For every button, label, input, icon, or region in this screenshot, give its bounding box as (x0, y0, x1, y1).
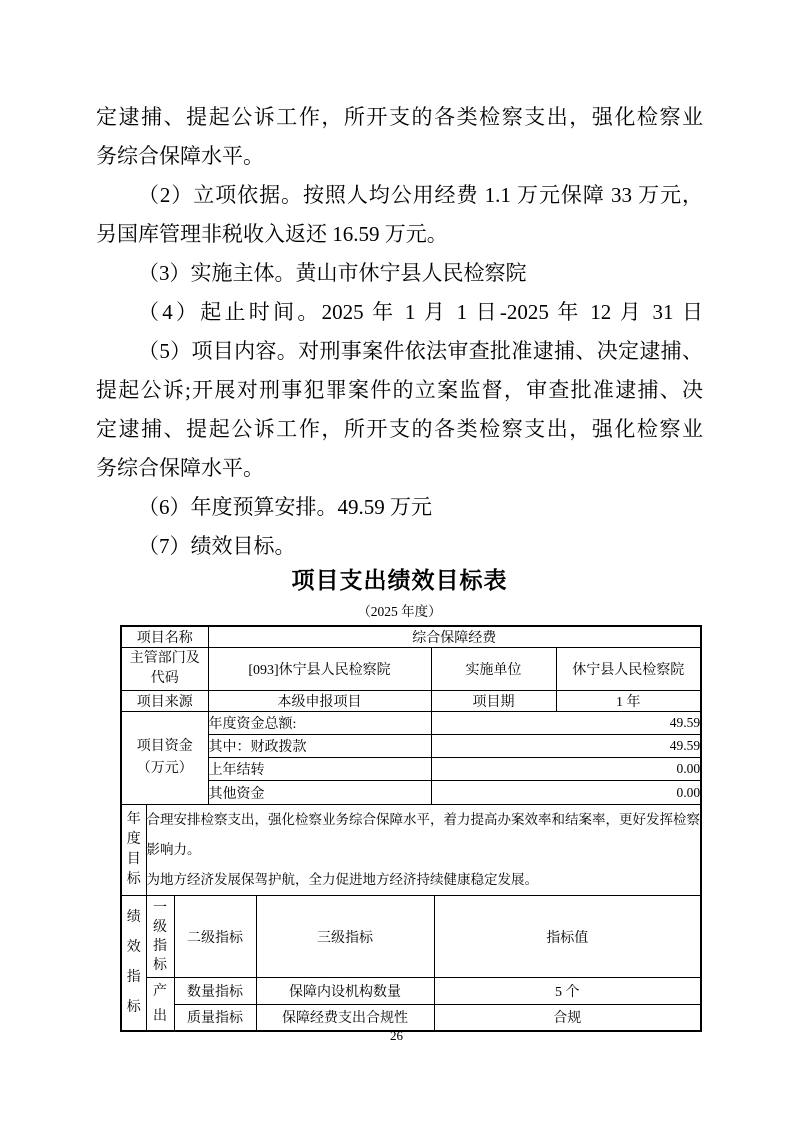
performance-target-table: 项目名称 综合保障经费 主管部门及 代码 [093]休宁县人民检察院 实施单位 … (120, 625, 702, 1032)
body-text: 定逮捕、提起公诉工作，所开支的各类检察支出，强化检察业 务综合保障水平。 （2）… (96, 98, 703, 566)
funds-label: 项目资金 （万元） (121, 712, 208, 805)
body-line: （4）起止时间。2025 年 1 月 1 日-2025 年 12 月 31 日 (96, 293, 703, 332)
impl-unit-value: 休宁县人民检察院 (556, 648, 701, 691)
period-value: 1 年 (556, 691, 701, 712)
body-line: （3）实施主体。黄山市休宁县人民检察院 (96, 254, 703, 293)
period-label: 项目期 (431, 691, 556, 712)
body-line: 定逮捕、提起公诉工作，所开支的各类检察支出，强化检察业 (96, 410, 703, 449)
table-row: 项目资金 （万元） 年度资金总额: 49.59 (121, 712, 701, 735)
impl-unit-label: 实施单位 (431, 648, 556, 691)
table-row: 质量指标 保障经费支出合规性 合规 (121, 1005, 701, 1031)
table-title: 项目支出绩效目标表 (96, 562, 703, 595)
table-row: 上年结转 0.00 (121, 758, 701, 781)
fund-item-label: 其中：财政拨款 (208, 735, 431, 758)
level3-indicator-header: 三级指标 (256, 896, 434, 978)
body-line: （5）项目内容。对刑事案件依法审查批准逮捕、决定逮捕、 (96, 332, 703, 371)
indicator-level2: 质量指标 (174, 1005, 256, 1031)
body-line: 另国库管理非税收入返还 16.59 万元。 (96, 215, 703, 254)
body-line: 务综合保障水平。 (96, 449, 703, 488)
body-line: 务综合保障水平。 (96, 137, 703, 176)
table-row: 项目名称 综合保障经费 (121, 626, 701, 648)
table-row: 项目来源 本级申报项目 项目期 1 年 (121, 691, 701, 712)
fund-item-label: 年度资金总额: (208, 712, 431, 735)
indicator-level2: 数量指标 (174, 978, 256, 1005)
table-row: 其他资金 0.00 (121, 781, 701, 805)
fund-item-value: 49.59 (431, 712, 701, 735)
level1-indicator-header: 一 级 指 标 (146, 896, 174, 978)
indicator-value: 合规 (434, 1005, 701, 1031)
fund-item-value: 0.00 (431, 781, 701, 805)
body-line: 提起公诉;开展对刑事犯罪案件的立案监督，审查批准逮捕、决 (96, 371, 703, 410)
table-row: 产 出 数量指标 保障内设机构数量 5 个 (121, 978, 701, 1005)
table-row: 绩 效 指 标 一 级 指 标 二级指标 三级指标 指标值 (121, 896, 701, 978)
document-page: 定逮捕、提起公诉工作，所开支的各类检察支出，强化检察业 务综合保障水平。 （2）… (0, 0, 793, 1122)
project-name-value: 综合保障经费 (208, 626, 701, 648)
indicator-value-header: 指标值 (434, 896, 701, 978)
dept-value: [093]休宁县人民检察院 (208, 648, 431, 691)
source-value: 本级申报项目 (208, 691, 431, 712)
fund-item-label: 其他资金 (208, 781, 431, 805)
body-line: （7）绩效目标。 (96, 527, 703, 566)
table-subtitle: （2025 年度） (96, 600, 703, 620)
annual-goal-label: 年 度 目 标 (121, 805, 146, 896)
source-label: 项目来源 (121, 691, 208, 712)
page-number: 26 (0, 1028, 793, 1044)
annual-goal-text: 合理安排检察支出，强化检察业务综合保障水平，着力提高办案效率和结案率，更好发挥检… (146, 805, 701, 896)
body-line: （2）立项依据。按照人均公用经费 1.1 万元保障 33 万元， (96, 176, 703, 215)
fund-item-value: 0.00 (431, 758, 701, 781)
level2-indicator-header: 二级指标 (174, 896, 256, 978)
table-row: 主管部门及 代码 [093]休宁县人民检察院 实施单位 休宁县人民检察院 (121, 648, 701, 691)
project-name-label: 项目名称 (121, 626, 208, 648)
output-label: 产 出 (146, 978, 174, 1031)
indicator-level3: 保障经费支出合规性 (256, 1005, 434, 1031)
body-line: 定逮捕、提起公诉工作，所开支的各类检察支出，强化检察业 (96, 98, 703, 137)
body-line: （6）年度预算安排。49.59 万元 (96, 488, 703, 527)
fund-item-value: 49.59 (431, 735, 701, 758)
table-row: 其中：财政拨款 49.59 (121, 735, 701, 758)
indicator-value: 5 个 (434, 978, 701, 1005)
table-row: 年 度 目 标 合理安排检察支出，强化检察业务综合保障水平，着力提高办案效率和结… (121, 805, 701, 896)
fund-item-label: 上年结转 (208, 758, 431, 781)
indicator-level3: 保障内设机构数量 (256, 978, 434, 1005)
perf-indicator-label: 绩 效 指 标 (121, 896, 146, 1031)
dept-label: 主管部门及 代码 (121, 648, 208, 691)
